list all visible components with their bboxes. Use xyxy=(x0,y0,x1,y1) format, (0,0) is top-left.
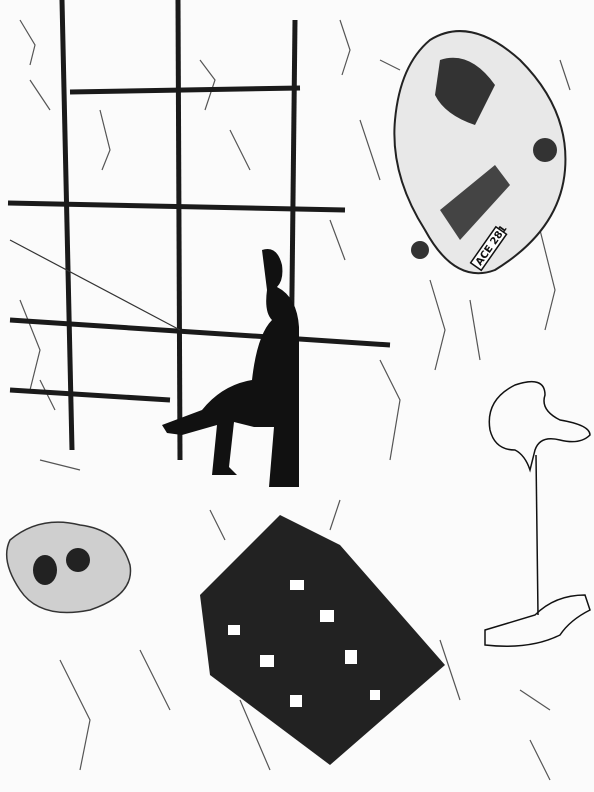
dark-box xyxy=(200,515,445,765)
seated-figure xyxy=(162,249,299,487)
window-grid xyxy=(8,0,390,470)
outlined-tree xyxy=(485,382,590,647)
drawing-canvas: ACE 281 xyxy=(0,0,594,792)
drawing: ACE 281 xyxy=(0,0,594,792)
diagonal-line xyxy=(10,240,180,330)
vintage-car: ACE 281 xyxy=(394,31,565,273)
